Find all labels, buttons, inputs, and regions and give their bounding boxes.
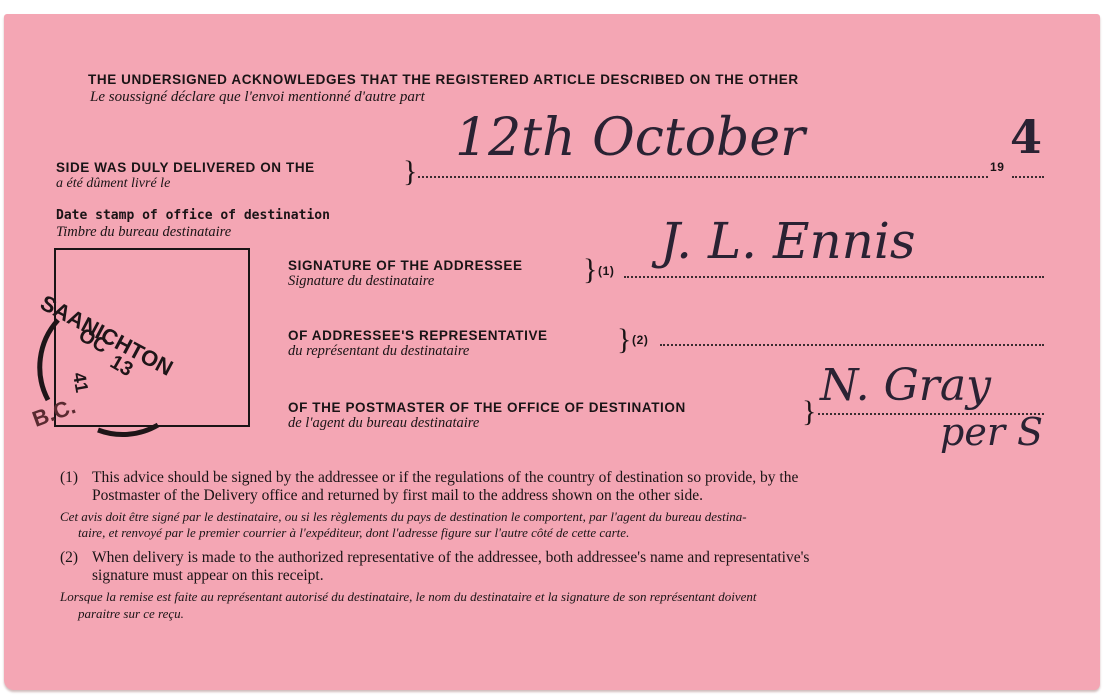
year-prefix: 19 <box>990 160 1005 174</box>
note-2-french-line1: Lorsque la remise est faite au représent… <box>60 588 757 605</box>
addressee-signature-line <box>624 276 1044 278</box>
header-french: Le soussigné déclare que l'envoi mention… <box>90 89 425 106</box>
brace-postmaster: } <box>802 397 816 427</box>
signature-representative-label-french: du représentant du destinataire <box>288 343 469 360</box>
signature-addressee-label-english: SIGNATURE OF THE ADDRESSEE <box>288 258 523 273</box>
brace-representative: } <box>617 325 631 355</box>
date-dotted-line <box>418 176 988 178</box>
note-2-number: (2) <box>60 548 78 567</box>
postmaster-handwritten-per: per S <box>940 410 1043 454</box>
note-1-english-line1: This advice should be signed by the addr… <box>92 468 798 487</box>
postmark-year: 41 <box>68 371 92 394</box>
delivered-label-english: SIDE WAS DULY DELIVERED ON THE <box>56 160 315 175</box>
note-1-number: (1) <box>60 468 78 487</box>
note-1-french-line1: Cet avis doit être signé par le destinat… <box>60 508 747 525</box>
marker-2: (2) <box>632 333 648 347</box>
delivered-label-french: a été dûment livré le <box>56 176 170 192</box>
signature-representative-label-english: OF ADDRESSEE'S REPRESENTATIVE <box>288 328 548 343</box>
date-stamp-label-french: Timbre du bureau destinataire <box>56 224 231 241</box>
handwritten-date: 12th October <box>455 108 805 168</box>
year-dotted-line <box>1012 176 1044 178</box>
postmaster-handwritten-signature: N. Gray <box>820 360 991 411</box>
note-1-english-line2: Postmaster of the Delivery office and re… <box>92 486 703 505</box>
signature-postmaster-label-english: OF THE POSTMASTER OF THE OFFICE OF DESTI… <box>288 400 686 415</box>
note-2-french-line2: paraitre sur ce reçu. <box>78 605 184 622</box>
brace-delivered: } <box>403 157 417 187</box>
header-english: THE UNDERSIGNED ACKNOWLEDGES THAT THE RE… <box>88 72 799 87</box>
marker-1: (1) <box>598 264 614 278</box>
signature-addressee-label-french: Signature du destinataire <box>288 273 434 290</box>
date-stamp-label-english: Date stamp of office of destination <box>56 208 330 223</box>
note-1-french-line2: taire, et renvoyé par le premier courrie… <box>78 524 629 541</box>
brace-addressee: } <box>583 255 597 285</box>
signature-postmaster-label-french: de l'agent du bureau destinataire <box>288 415 479 432</box>
representative-signature-line <box>660 344 1044 346</box>
addressee-handwritten-signature: J. L. Ennis <box>660 212 916 270</box>
handwritten-year: 4 <box>1010 110 1042 164</box>
note-2-english-line2: signature must appear on this receipt. <box>92 566 324 585</box>
note-2-english-line1: When delivery is made to the authorized … <box>92 548 809 567</box>
